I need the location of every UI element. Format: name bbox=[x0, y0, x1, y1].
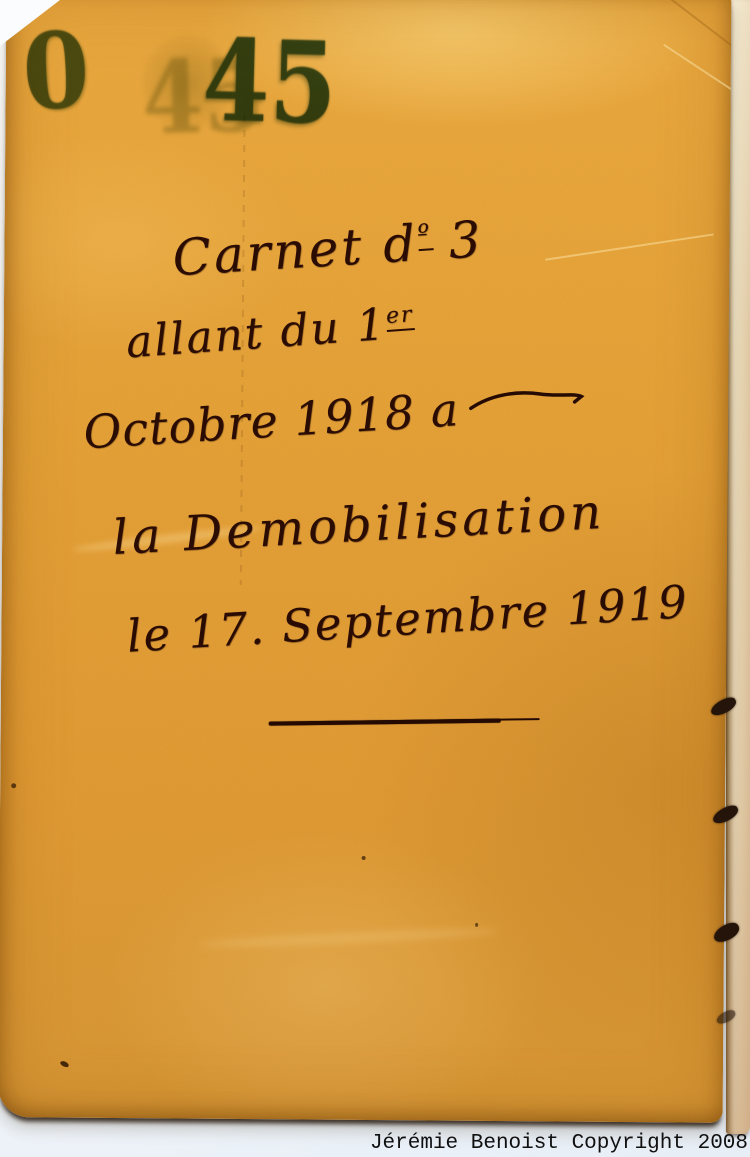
handwriting-superscript: er bbox=[385, 302, 414, 332]
paper-crease bbox=[663, 44, 731, 112]
handwriting-text: allant du 1 bbox=[124, 299, 388, 368]
ink-underline bbox=[269, 719, 501, 726]
ink-speck bbox=[59, 1060, 69, 1068]
handwriting-text: Carnet d bbox=[171, 214, 420, 287]
stamp-number: 0 45 45 bbox=[15, 11, 336, 164]
ink-flourish-dash bbox=[468, 383, 587, 416]
paper-crease bbox=[199, 927, 499, 948]
notebook-front-cover: 0 45 45 Carnet dº3 allant du 1er Octobre… bbox=[0, 0, 731, 1123]
paper-crease bbox=[636, 0, 731, 83]
stamp-digit-45: 45 bbox=[201, 26, 338, 141]
handwriting-line-date-start: Octobre 1918 a bbox=[82, 378, 588, 455]
handwriting-line-from: allant du 1er bbox=[125, 301, 416, 365]
notebook-cover-scan: 0 45 45 Carnet dº3 allant du 1er Octobre… bbox=[0, 0, 750, 1157]
ink-speck bbox=[362, 856, 366, 860]
handwriting-superscript: º bbox=[417, 219, 434, 252]
handwriting-line-date-end: le 17. Septembre 1919 bbox=[126, 579, 690, 659]
handwriting-text: Octobre 1918 a bbox=[82, 382, 461, 459]
handwriting-line-title: Carnet dº3 bbox=[171, 214, 485, 283]
ink-speck bbox=[475, 923, 478, 927]
handwriting-line-demobilisation: la Demobilisation bbox=[111, 488, 606, 562]
ink-speck bbox=[11, 783, 16, 788]
paper-crease bbox=[545, 233, 713, 260]
handwriting-text: 3 bbox=[447, 210, 485, 270]
stamp-digit-0: 0 bbox=[20, 18, 91, 125]
paper-grain-texture bbox=[0, 0, 731, 1123]
copyright-credit: Jérémie Benoist Copyright 2008 bbox=[370, 1132, 748, 1155]
